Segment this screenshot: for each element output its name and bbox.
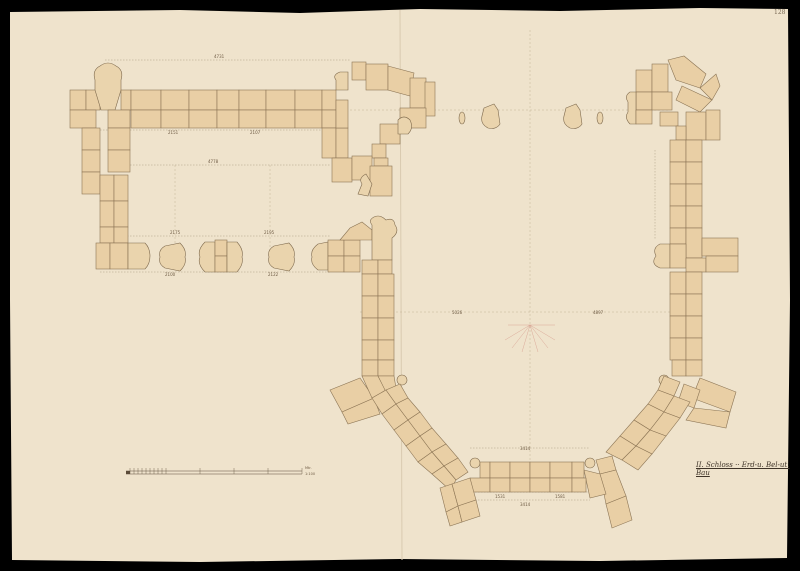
svg-text:2175: 2175 <box>170 230 181 235</box>
bottom-wing <box>470 458 586 492</box>
svg-text:2100: 2100 <box>165 272 176 277</box>
svg-text:1581: 1581 <box>555 494 566 499</box>
svg-text:2195: 2195 <box>264 230 275 235</box>
drawing-sheet: 4731 2151 2107 4778 2175 2195 2100 2122 … <box>0 0 800 571</box>
svg-text:4731: 4731 <box>214 54 225 59</box>
scale-bar-ratio-label: 1:100 <box>305 472 315 476</box>
svg-text:3414: 3414 <box>520 502 531 507</box>
scale-bar-unit-label: Mtr. <box>305 466 312 470</box>
svg-text:1531: 1531 <box>495 494 506 499</box>
svg-text:5026: 5026 <box>452 310 463 315</box>
svg-text:4897: 4897 <box>593 310 604 315</box>
left-vertical-wing <box>362 274 394 376</box>
plan-caption: II. Schloss ·· Erd-u. Bel-ut. Bau <box>696 461 800 477</box>
sheet-number: 128 <box>774 9 785 16</box>
svg-text:2151: 2151 <box>168 130 179 135</box>
floor-plan: 4731 2151 2107 4778 2175 2195 2100 2122 … <box>0 0 800 571</box>
svg-text:3414: 3414 <box>520 446 531 451</box>
svg-text:4778: 4778 <box>208 159 219 164</box>
svg-text:2122: 2122 <box>268 272 279 277</box>
svg-text:2107: 2107 <box>250 130 261 135</box>
